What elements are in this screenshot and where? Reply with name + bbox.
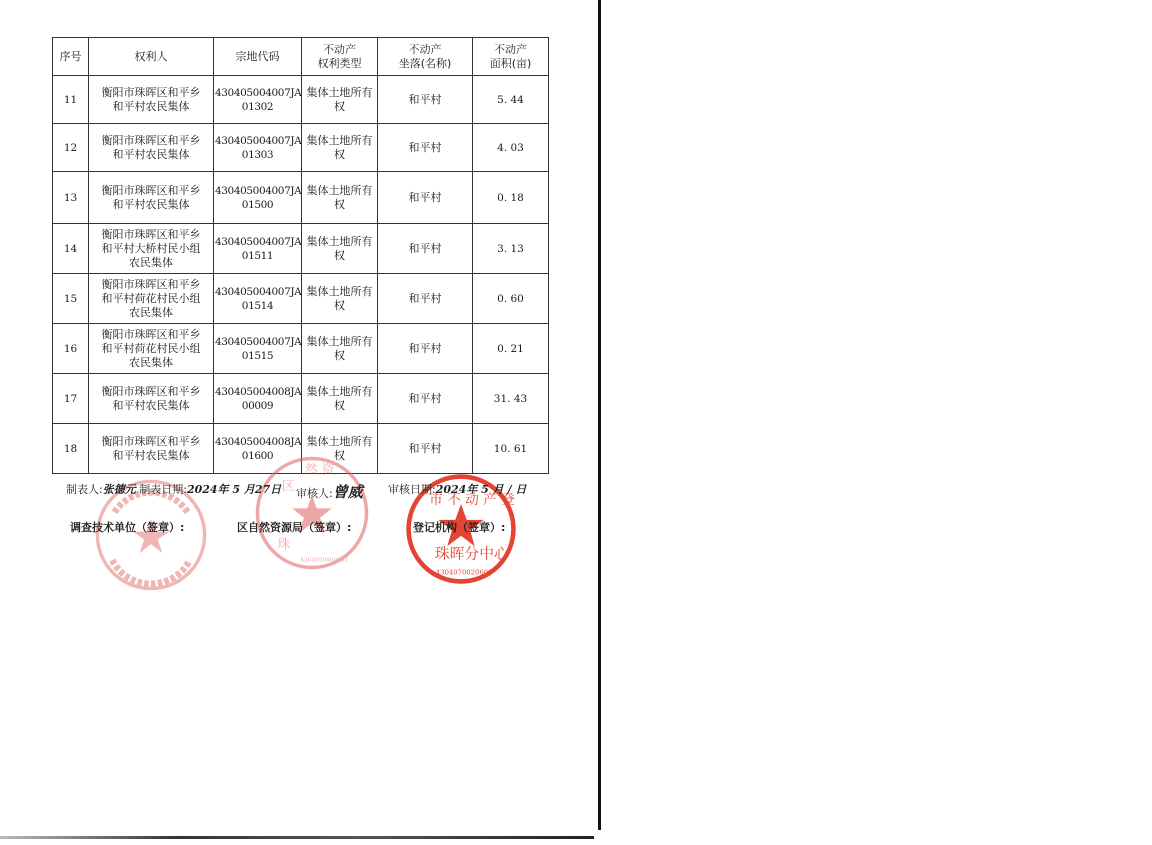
cell-location: 和平村 [378, 124, 473, 172]
district-bureau-label: 区自然资源局（签章）: [237, 519, 351, 535]
cell-parcel-code-text: 01500 [242, 199, 273, 211]
svg-text:珠晖分中心: 珠晖分中心 [435, 546, 510, 563]
cell-location-text: 和平村 [409, 392, 442, 405]
cell-right-type-text: 集体土地所有权 [307, 435, 373, 462]
cell-owner: 衡阳市珠晖区和平乡和平村荷花村民小组农民集体 [89, 274, 214, 324]
table-row: 16衡阳市珠晖区和平乡和平村荷花村民小组农民集体430405004007JA01… [53, 324, 549, 374]
cell-right-type-text: 集体土地所有权 [307, 184, 373, 211]
svg-text:4304070020608: 4304070020608 [436, 569, 492, 577]
cell-owner: 衡阳市珠晖区和平乡和平村荷花村民小组农民集体 [89, 324, 214, 374]
cell-owner-text: 衡阳市珠晖区和平乡和平村农民集体 [102, 184, 201, 211]
cell-number: 14 [53, 224, 89, 274]
table-row: 17衡阳市珠晖区和平乡和平村农民集体430405004008JA00009集体土… [53, 374, 549, 424]
cell-owner: 衡阳市珠晖区和平乡和平村农民集体 [89, 76, 214, 124]
cell-area-text: 10. 61 [494, 443, 527, 455]
cell-location-text: 和平村 [409, 342, 442, 355]
table-row: 11衡阳市珠晖区和平乡和平村农民集体430405004007JA01302集体土… [53, 76, 549, 124]
preparer-label: 制表人: [66, 483, 103, 496]
column-header: 序号 [53, 38, 89, 76]
cell-parcel-code: 430405004008JA00009 [214, 374, 302, 424]
cell-parcel-code-text: 430405004007JA [215, 185, 301, 197]
cell-area-text: 0. 21 [497, 343, 524, 355]
cell-parcel-code: 430405004007JA01500 [214, 172, 302, 224]
cell-right-type: 集体土地所有权 [302, 274, 378, 324]
cell-right-type: 集体土地所有权 [302, 324, 378, 374]
cell-parcel-code: 430405004008JA01600 [214, 424, 302, 474]
prep-date-label: 制表日期: [139, 483, 187, 496]
footer-review-date-line: 审核日期:2024年 5 月 / 日 [388, 481, 526, 497]
cell-parcel-code-text: 00009 [242, 400, 273, 412]
cell-owner-text: 衡阳市珠晖区和平乡和平村农民集体 [102, 134, 201, 161]
column-header-line1: 序号 [60, 50, 82, 63]
cell-right-type: 集体土地所有权 [302, 172, 378, 224]
column-header-line2: 权利类型 [318, 57, 362, 70]
column-header-line2: 面积(亩) [490, 57, 532, 70]
cell-owner: 衡阳市珠晖区和平乡和平村大桥村民小组农民集体 [89, 224, 214, 274]
cell-area: 4. 03 [473, 124, 549, 172]
cell-right-type: 集体土地所有权 [302, 374, 378, 424]
cell-owner: 衡阳市珠晖区和平乡和平村农民集体 [89, 124, 214, 172]
page-edge-bottom [0, 836, 594, 839]
cell-owner: 衡阳市珠晖区和平乡和平村农民集体 [89, 424, 214, 474]
cell-parcel-code: 430405004007JA01303 [214, 124, 302, 172]
cell-area: 5. 44 [473, 76, 549, 124]
cell-area: 0. 18 [473, 172, 549, 224]
cell-location: 和平村 [378, 374, 473, 424]
column-header-line1: 权利人 [135, 50, 168, 63]
cell-right-type-text: 集体土地所有权 [307, 134, 373, 161]
column-header-line1: 宗地代码 [236, 50, 280, 63]
cell-parcel-code-text: 01514 [242, 300, 273, 312]
svg-text:区: 区 [282, 479, 295, 494]
cell-owner-text: 衡阳市珠晖区和平乡和平村农民集体 [102, 435, 201, 462]
table-row: 13衡阳市珠晖区和平乡和平村农民集体430405004007JA01500集体土… [53, 172, 549, 224]
cell-number: 13 [53, 172, 89, 224]
preparer-signature: 张德元 [103, 483, 136, 496]
cell-parcel-code-text: 430405004007JA [215, 87, 301, 99]
cell-parcel-code-text: 430405004008JA [215, 436, 301, 448]
column-header: 不动产面积(亩) [473, 38, 549, 76]
cell-parcel-code-text: 430405004007JA [215, 336, 301, 348]
table-row: 12衡阳市珠晖区和平乡和平村农民集体430405004007JA01303集体土… [53, 124, 549, 172]
cell-right-type: 集体土地所有权 [302, 124, 378, 172]
cell-number: 15 [53, 274, 89, 324]
cell-number-text: 14 [64, 243, 77, 255]
cell-number: 18 [53, 424, 89, 474]
cell-location: 和平村 [378, 224, 473, 274]
cell-area-text: 0. 60 [497, 293, 524, 305]
cell-area: 0. 21 [473, 324, 549, 374]
cell-number-text: 18 [64, 443, 77, 455]
cell-area-text: 31. 43 [494, 393, 527, 405]
cell-parcel-code: 430405004007JA01515 [214, 324, 302, 374]
cell-location: 和平村 [378, 274, 473, 324]
cell-area-text: 0. 18 [497, 192, 524, 204]
column-header: 不动产坐落(名称) [378, 38, 473, 76]
cell-owner-text: 衡阳市珠晖区和平乡和平村农民集体 [102, 385, 201, 412]
cell-parcel-code: 430405004007JA01302 [214, 76, 302, 124]
footer-preparer-line: 制表人:张德元 制表日期:2024年 5 月27日 [66, 481, 281, 497]
cell-right-type: 集体土地所有权 [302, 424, 378, 474]
cell-number: 11 [53, 76, 89, 124]
page-edge-right [598, 0, 601, 830]
cell-area: 10. 61 [473, 424, 549, 474]
reviewer-label: 审核人: [296, 487, 333, 500]
cell-location-text: 和平村 [409, 242, 442, 255]
cell-area-text: 3. 13 [497, 243, 524, 255]
cell-right-type-text: 集体土地所有权 [307, 385, 373, 412]
column-header-line1: 不动产 [409, 43, 442, 56]
cell-parcel-code: 430405004007JA01511 [214, 224, 302, 274]
footer-reviewer-line: 审核人:曾威 [296, 481, 363, 502]
cell-area: 0. 60 [473, 274, 549, 324]
cell-location: 和平村 [378, 172, 473, 224]
cell-right-type-text: 集体土地所有权 [307, 235, 373, 262]
scanned-page: 序号权利人宗地代码不动产权利类型不动产坐落(名称)不动产面积(亩) 11衡阳市珠… [0, 0, 594, 838]
cell-parcel-code-text: 430405004007JA [215, 286, 301, 298]
cell-parcel-code-text: 430405004007JA [215, 236, 301, 248]
column-header: 不动产权利类型 [302, 38, 378, 76]
column-header-line2: 坐落(名称) [399, 57, 452, 70]
table-header-row: 序号权利人宗地代码不动产权利类型不动产坐落(名称)不动产面积(亩) [53, 38, 549, 76]
cell-parcel-code-text: 01303 [242, 149, 273, 161]
cell-location-text: 和平村 [409, 93, 442, 106]
cell-location-text: 和平村 [409, 141, 442, 154]
cell-number-text: 11 [64, 94, 77, 106]
cell-parcel-code: 430405004007JA01514 [214, 274, 302, 324]
cell-number: 16 [53, 324, 89, 374]
cell-owner-text: 衡阳市珠晖区和平乡和平村荷花村民小组农民集体 [102, 278, 201, 319]
cell-parcel-code-text: 430405004008JA [215, 386, 301, 398]
cell-right-type: 集体土地所有权 [302, 224, 378, 274]
column-header: 宗地代码 [214, 38, 302, 76]
cell-number-text: 15 [64, 293, 77, 305]
cell-location-text: 和平村 [409, 292, 442, 305]
table-row: 15衡阳市珠晖区和平乡和平村荷花村民小组农民集体430405004007JA01… [53, 274, 549, 324]
cell-location-text: 和平村 [409, 191, 442, 204]
cell-area-text: 5. 44 [497, 94, 524, 106]
cell-owner: 衡阳市珠晖区和平乡和平村农民集体 [89, 172, 214, 224]
cell-right-type: 集体土地所有权 [302, 76, 378, 124]
cell-owner: 衡阳市珠晖区和平乡和平村农民集体 [89, 374, 214, 424]
review-date-label: 审核日期: [388, 483, 436, 496]
cell-parcel-code-text: 01600 [242, 450, 273, 462]
column-header-line1: 不动产 [323, 43, 356, 56]
column-header-line1: 不动产 [494, 43, 527, 56]
table-row: 18衡阳市珠晖区和平乡和平村农民集体430405004008JA01600集体土… [53, 424, 549, 474]
cell-area: 3. 13 [473, 224, 549, 274]
cell-owner-text: 衡阳市珠晖区和平乡和平村荷花村民小组农民集体 [102, 328, 201, 369]
cell-area-text: 4. 03 [497, 142, 524, 154]
cell-location: 和平村 [378, 424, 473, 474]
cell-number: 17 [53, 374, 89, 424]
svg-text:珠: 珠 [277, 536, 290, 552]
cell-parcel-code-text: 01302 [242, 101, 273, 113]
cell-location-text: 和平村 [409, 442, 442, 455]
cell-owner-text: 衡阳市珠晖区和平乡和平村农民集体 [102, 86, 201, 113]
cell-area: 31. 43 [473, 374, 549, 424]
cell-parcel-code-text: 01511 [242, 250, 273, 262]
cell-parcel-code-text: 01515 [242, 350, 273, 362]
reviewer-signature: 曾威 [333, 483, 363, 501]
table-body: 11衡阳市珠晖区和平乡和平村农民集体430405004007JA01302集体土… [53, 76, 549, 474]
cell-number-text: 13 [64, 192, 77, 204]
cell-number-text: 16 [64, 343, 77, 355]
cell-parcel-code-text: 430405004007JA [215, 135, 301, 147]
table-row: 14衡阳市珠晖区和平乡和平村大桥村民小组农民集体430405004007JA01… [53, 224, 549, 274]
review-date-value: 2024年 5 月 / 日 [436, 483, 527, 496]
cell-number: 12 [53, 124, 89, 172]
cell-location: 和平村 [378, 76, 473, 124]
svg-text:4304050800051: 4304050800051 [300, 558, 348, 564]
cell-owner-text: 衡阳市珠晖区和平乡和平村大桥村民小组农民集体 [102, 228, 201, 269]
survey-unit-label: 调查技术单位（签章）: [70, 519, 184, 535]
cell-number-text: 12 [64, 142, 77, 154]
cell-right-type-text: 集体土地所有权 [307, 335, 373, 362]
cell-right-type-text: 集体土地所有权 [307, 285, 373, 312]
land-registration-table: 序号权利人宗地代码不动产权利类型不动产坐落(名称)不动产面积(亩) 11衡阳市珠… [52, 37, 549, 474]
cell-number-text: 17 [64, 393, 77, 405]
registry-label: 登记机构（签章）: [413, 519, 505, 535]
column-header: 权利人 [89, 38, 214, 76]
cell-location: 和平村 [378, 324, 473, 374]
cell-right-type-text: 集体土地所有权 [307, 86, 373, 113]
prep-date-value: 2024年 5 月27日 [187, 483, 281, 496]
